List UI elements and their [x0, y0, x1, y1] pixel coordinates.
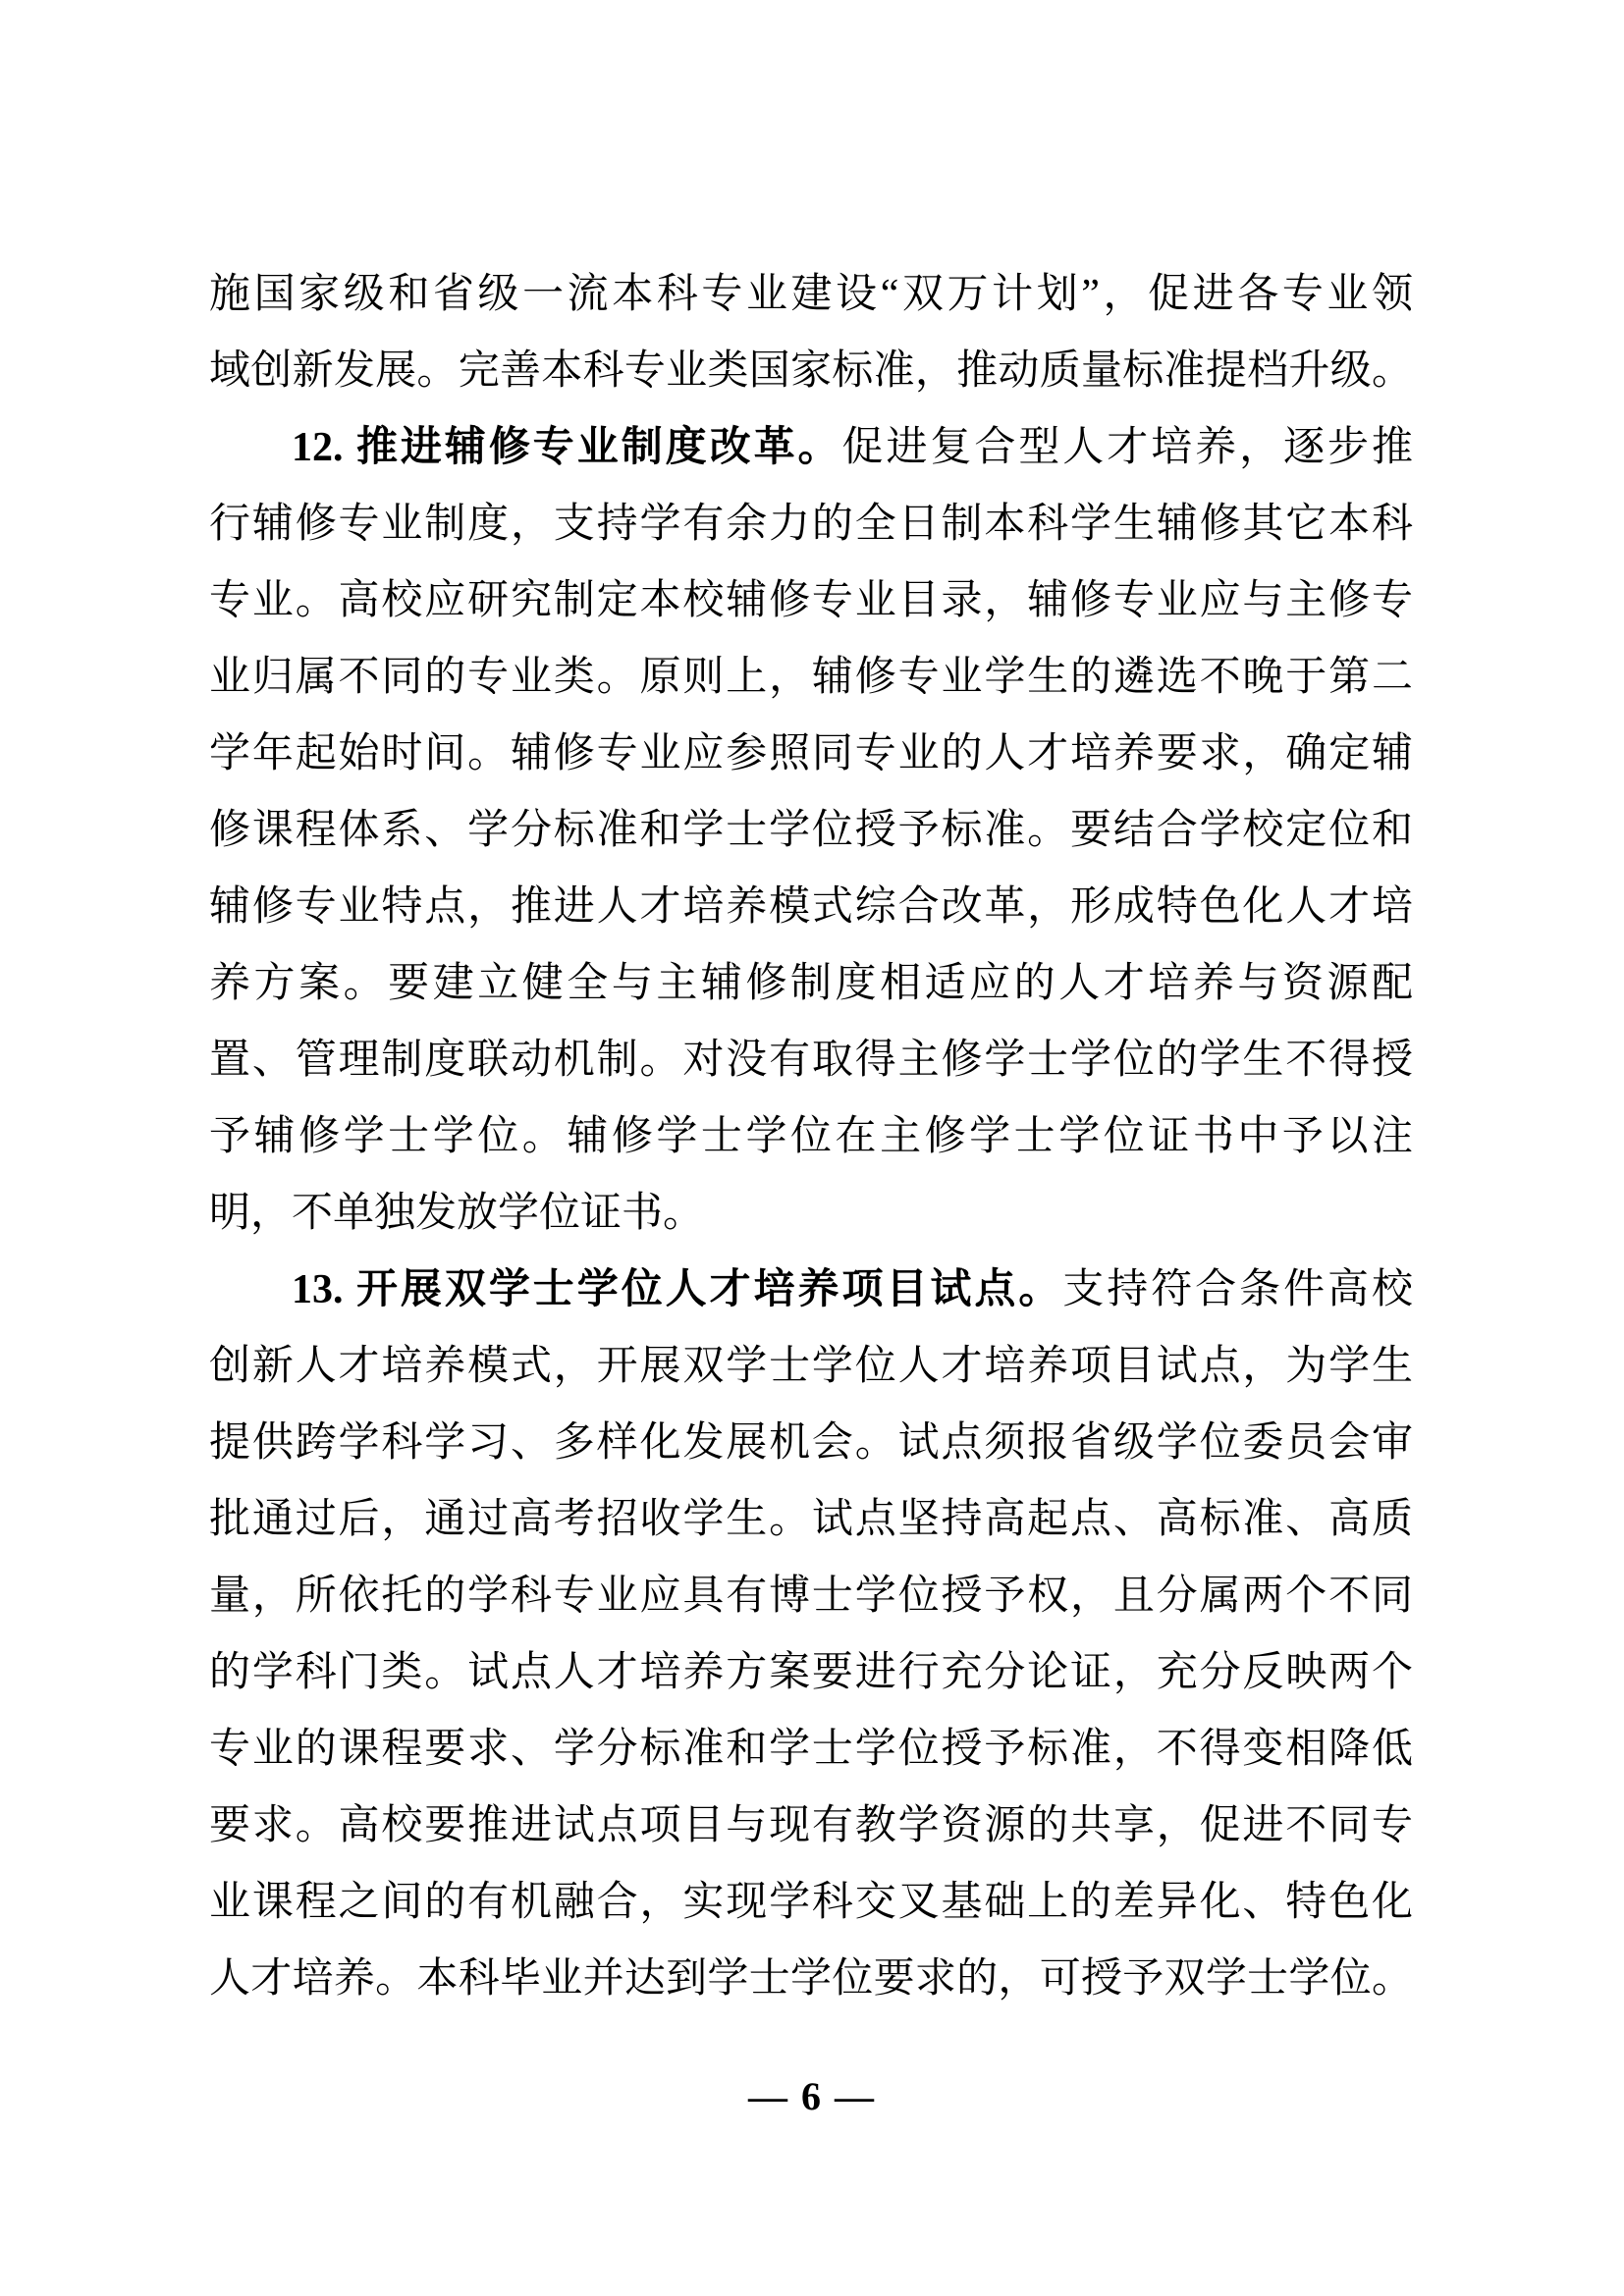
text-line: 13. 开展双学士学位人才培养项目试点。支持符合条件高校	[209, 1252, 1413, 1328]
body-text-run: 辅修专业特点，推进人才培养模式综合改革，形成特色化人才培	[209, 884, 1413, 930]
text-line: 专业。高校应研究制定本校辅修专业目录，辅修专业应与主修专	[209, 562, 1413, 639]
body-text-run: 业归属不同的专业类。原则上，辅修专业学生的遴选不晚于第二	[209, 655, 1413, 700]
text-line: 提供跨学科学习、多样化发展机会。试点须报省级学位委员会审	[209, 1405, 1413, 1481]
text-line: 量，所依托的学科专业应具有博士学位授予权，且分属两个不同	[209, 1558, 1413, 1634]
text-line: 业归属不同的专业类。原则上，辅修专业学生的遴选不晚于第二	[209, 639, 1413, 716]
body-text-run: 域创新发展。完善本科专业类国家标准，推动质量标准提档升级。	[209, 348, 1413, 394]
text-line: 域创新发展。完善本科专业类国家标准，推动质量标准提档升级。	[209, 333, 1413, 409]
body-text-run: 创新人才培养模式，开展双学士学位人才培养项目试点，为学生	[209, 1344, 1413, 1389]
body-text-run: 提供跨学科学习、多样化发展机会。试点须报省级学位委员会审	[209, 1420, 1413, 1466]
text-line: 养方案。要建立健全与主辅修制度相适应的人才培养与资源配	[209, 945, 1413, 1022]
text-line: 学年起始时间。辅修专业应参照同专业的人才培养要求，确定辅	[209, 716, 1413, 792]
body-text-run: 人才培养。本科毕业并达到学士学位要求的，可授予双学士学位。	[209, 1956, 1413, 2002]
body-text-run: 支持符合条件高校	[1062, 1267, 1413, 1312]
text-line: 批通过后，通过高考招收学生。试点坚持高起点、高标准、高质	[209, 1481, 1413, 1558]
page-number-label: — 6 —	[748, 2074, 876, 2118]
body-text-run: 要求。高校要推进试点项目与现有教学资源的共享，促进不同专	[209, 1803, 1413, 1848]
document-body: 施国家级和省级一流本科专业建设“双万计划”，促进各专业领域创新发展。完善本科专业…	[209, 256, 1413, 2017]
body-text-run: 行辅修专业制度，支持学有余力的全日制本科学生辅修其它本科	[209, 502, 1413, 547]
text-line: 予辅修学士学位。辅修学士学位在主修学士学位证书中予以注	[209, 1098, 1413, 1175]
body-text-run: 的学科门类。试点人才培养方案要进行充分论证，充分反映两个	[209, 1650, 1413, 1695]
text-line: 专业的课程要求、学分标准和学士学位授予标准，不得变相降低	[209, 1711, 1413, 1788]
text-line: 要求。高校要推进试点项目与现有教学资源的共享，促进不同专	[209, 1788, 1413, 1864]
text-line: 12. 推进辅修专业制度改革。促进复合型人才培养，逐步推	[209, 409, 1413, 486]
body-text-run: 置、管理制度联动机制。对没有取得主修学士学位的学生不得授	[209, 1038, 1413, 1083]
heading-run: 13. 开展双学士学位人才培养项目试点。	[292, 1267, 1062, 1312]
body-text-run: 专业。高校应研究制定本校辅修专业目录，辅修专业应与主修专	[209, 578, 1413, 623]
document-page: 施国家级和省级一流本科专业建设“双万计划”，促进各专业领域创新发展。完善本科专业…	[0, 0, 1624, 2296]
text-line: 施国家级和省级一流本科专业建设“双万计划”，促进各专业领	[209, 256, 1413, 333]
text-line: 行辅修专业制度，支持学有余力的全日制本科学生辅修其它本科	[209, 486, 1413, 562]
body-text-run: 施国家级和省级一流本科专业建设“双万计划”，促进各专业领	[209, 272, 1413, 317]
page-footer: — 6 —	[0, 2073, 1624, 2119]
text-line: 人才培养。本科毕业并达到学士学位要求的，可授予双学士学位。	[209, 1941, 1413, 2017]
text-line: 业课程之间的有机融合，实现学科交叉基础上的差异化、特色化	[209, 1864, 1413, 1941]
body-text-run: 修课程体系、学分标准和学士学位授予标准。要结合学校定位和	[209, 808, 1413, 853]
body-text-run: 学年起始时间。辅修专业应参照同专业的人才培养要求，确定辅	[209, 731, 1413, 776]
body-text-run: 明，不单独发放学位证书。	[209, 1191, 704, 1236]
text-line: 明，不单独发放学位证书。	[209, 1175, 1413, 1252]
text-line: 置、管理制度联动机制。对没有取得主修学士学位的学生不得授	[209, 1022, 1413, 1098]
body-text-run: 养方案。要建立健全与主辅修制度相适应的人才培养与资源配	[209, 961, 1413, 1006]
text-line: 辅修专业特点，推进人才培养模式综合改革，形成特色化人才培	[209, 869, 1413, 945]
text-line: 的学科门类。试点人才培养方案要进行充分论证，充分反映两个	[209, 1634, 1413, 1711]
body-text-run: 予辅修学士学位。辅修学士学位在主修学士学位证书中予以注	[209, 1114, 1413, 1159]
heading-run: 12. 推进辅修专业制度改革。	[292, 425, 842, 470]
text-line: 修课程体系、学分标准和学士学位授予标准。要结合学校定位和	[209, 792, 1413, 869]
body-text-run: 批通过后，通过高考招收学生。试点坚持高起点、高标准、高质	[209, 1497, 1413, 1542]
body-text-run: 促进复合型人才培养，逐步推	[842, 425, 1414, 470]
body-text-run: 业课程之间的有机融合，实现学科交叉基础上的差异化、特色化	[209, 1880, 1413, 1925]
text-line: 创新人才培养模式，开展双学士学位人才培养项目试点，为学生	[209, 1328, 1413, 1405]
body-text-run: 量，所依托的学科专业应具有博士学位授予权，且分属两个不同	[209, 1574, 1413, 1619]
body-text-run: 专业的课程要求、学分标准和学士学位授予标准，不得变相降低	[209, 1727, 1413, 1772]
